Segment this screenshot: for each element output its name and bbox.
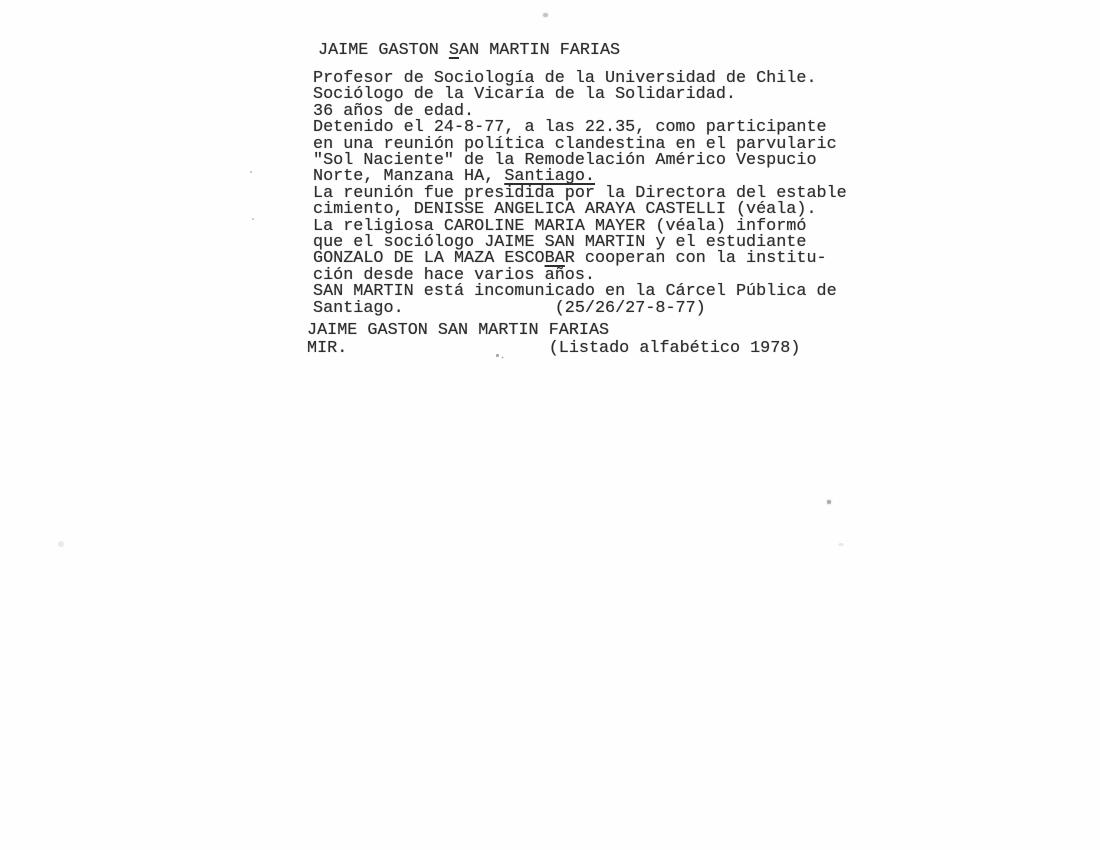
scanned-document-page: JAIME GASTON SAN MARTIN FARIAS Profesor … [0, 0, 1100, 850]
scan-speckle [543, 13, 548, 17]
text-segment: AN MARTIN FARIAS [459, 41, 620, 60]
text-line: JAIME GASTON SAN MARTIN FARIAS [318, 42, 620, 59]
underlined-text: S [449, 41, 459, 60]
text-segment: Santiago. (25/26/27-8-77) [313, 299, 706, 318]
text-segment: R cooperan con la institu- [565, 249, 827, 268]
scan-speckle [827, 500, 831, 504]
document-title: JAIME GASTON SAN MARTIN FARIAS [318, 42, 620, 59]
text-line: Santiago. (25/26/27-8-77) [313, 301, 847, 317]
scan-speckle [58, 541, 64, 547]
text-segment: JAIME GASTON [318, 41, 449, 60]
scan-speckle [250, 171, 252, 173]
text-line: MIR. (Listado alfabético 1978) [307, 340, 800, 358]
scan-speckle [838, 543, 844, 546]
text-segment: MIR. (Listado alfabético 1978) [307, 339, 800, 358]
text-line: JAIME GASTON SAN MARTIN FARIAS [307, 322, 800, 340]
scan-speckle [252, 218, 254, 220]
text-segment: JAIME GASTON SAN MARTIN FARIAS [307, 321, 609, 340]
document-footer: JAIME GASTON SAN MARTIN FARIASMIR. (List… [307, 322, 800, 358]
document-body: Profesor de Sociología de la Universidad… [313, 71, 847, 317]
